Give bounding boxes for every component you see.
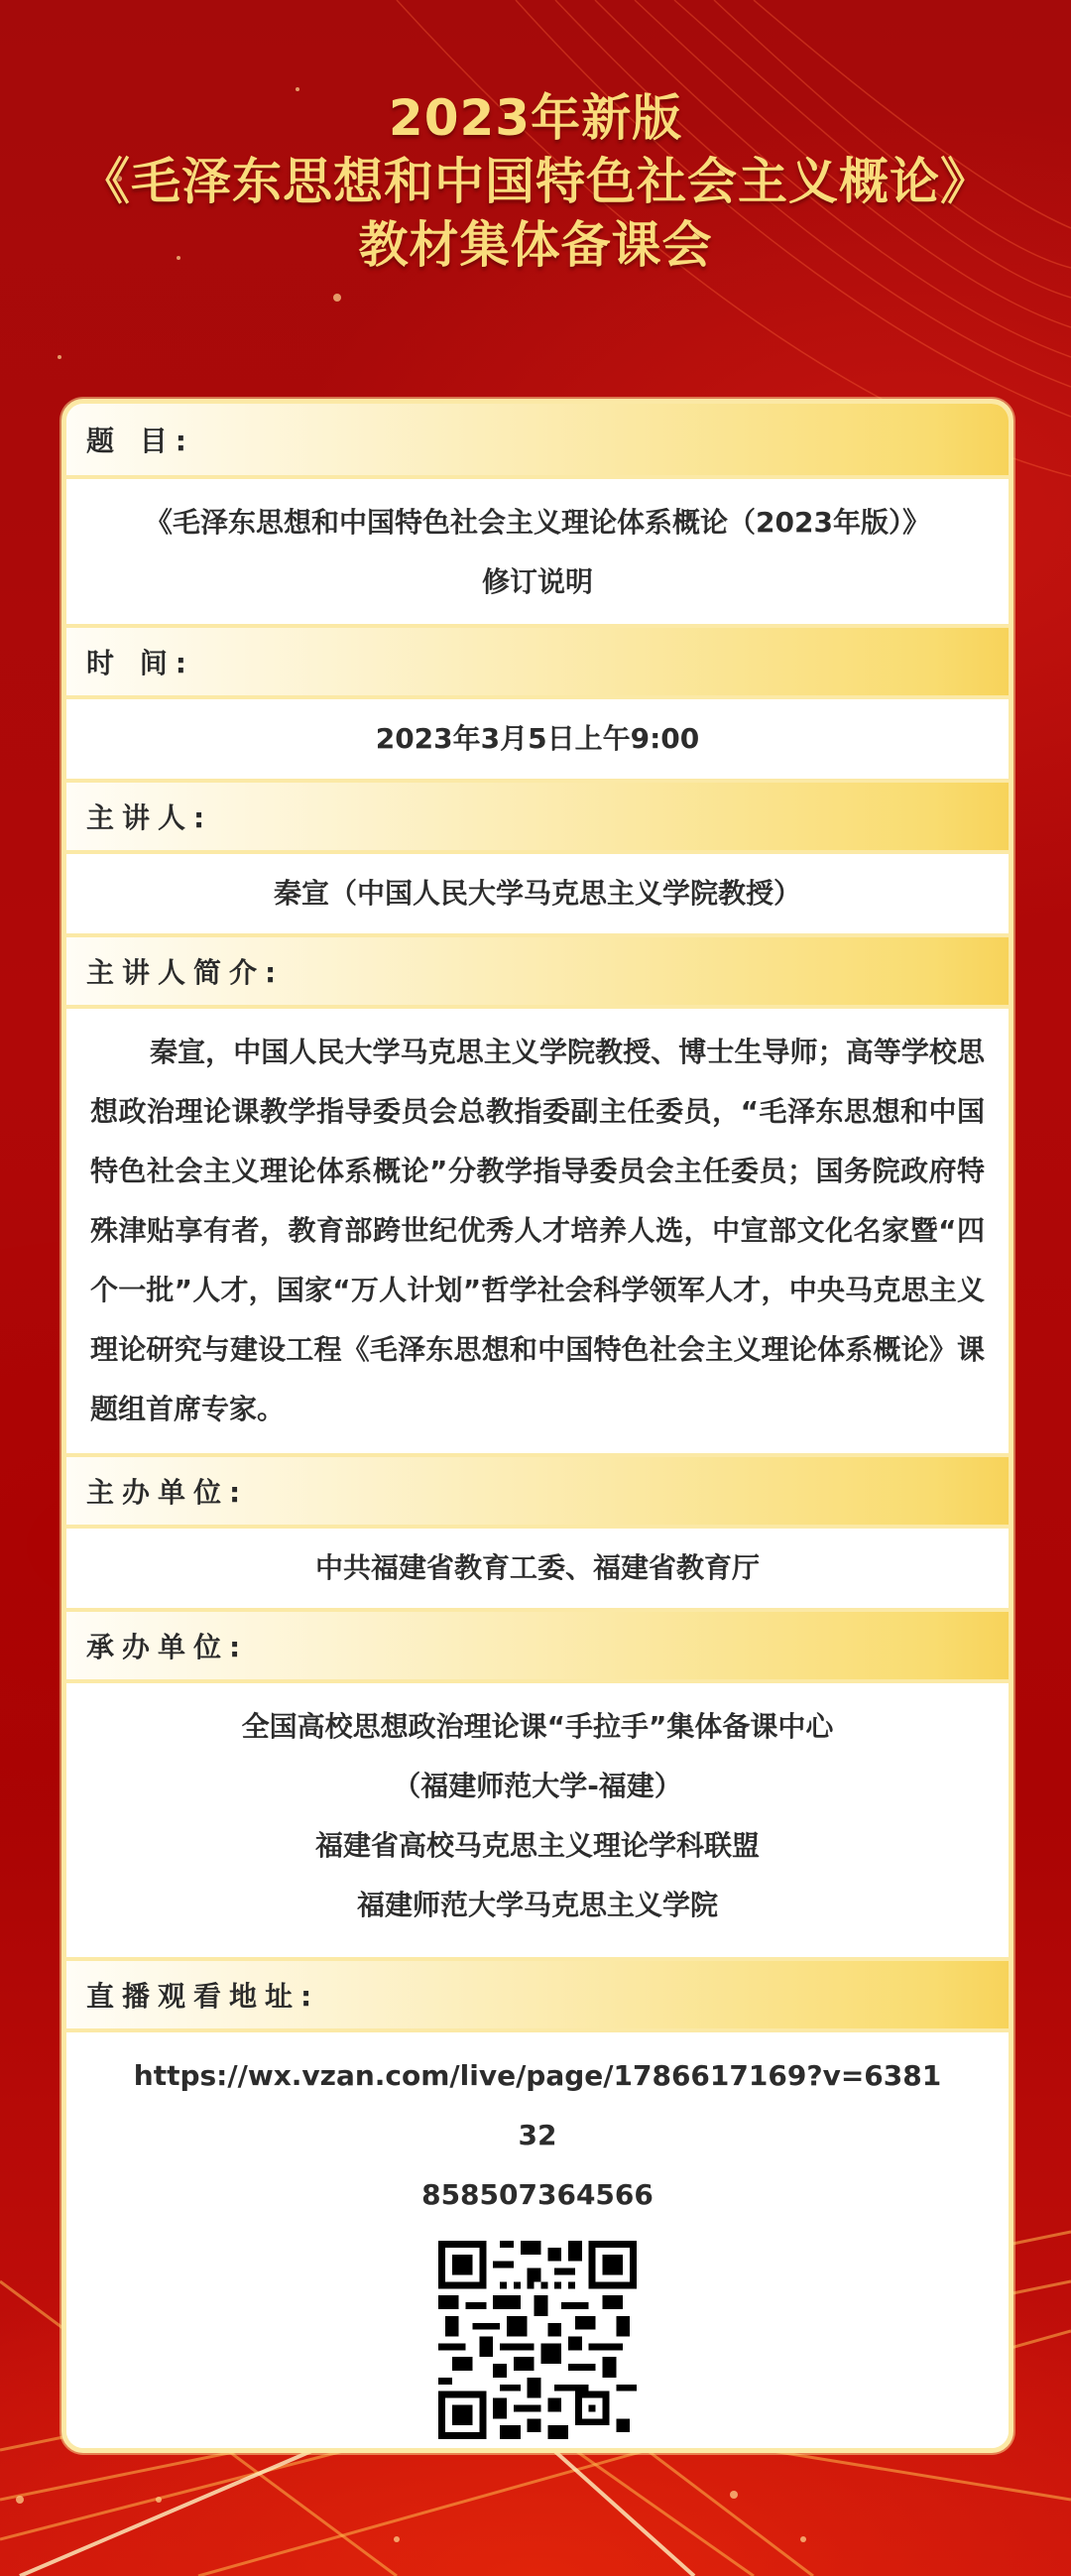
time-label: 时 间: xyxy=(86,642,194,681)
title-line-1: 2023年新版 xyxy=(0,87,1071,149)
organizer-label: 承办单位: xyxy=(86,1626,248,1665)
title-line-3: 教材集体备课会 xyxy=(0,214,1071,276)
info-card: 题 目: 《毛泽东思想和中国特色社会主义理论体系概论（2023年版）》 修订说明… xyxy=(61,399,1013,2453)
section-time: 2023年3月5日上午9:00 xyxy=(66,699,1009,779)
qr-code-icon[interactable] xyxy=(438,2241,637,2439)
topic-line-1: 《毛泽东思想和中国特色社会主义理论体系概论（2023年版）》 xyxy=(66,493,1009,552)
section-speaker: 秦宣（中国人民大学马克思主义学院教授） xyxy=(66,854,1009,933)
organizer-line-3: 福建省高校马克思主义理论学科联盟 xyxy=(66,1816,1009,1876)
host-value: 中共福建省教育工委、福建省教育厅 xyxy=(66,1538,1009,1598)
organizer-line-1: 全国高校思想政治理论课“手拉手”集体备课中心 xyxy=(66,1697,1009,1757)
title-line-2: 《毛泽东思想和中国特色社会主义概论》 xyxy=(0,149,1071,214)
qr-caption: （会议直播地址二维码） xyxy=(126,2439,949,2453)
section-speaker-bio: 秦宣，中国人民大学马克思主义学院教授、博士生导师；高等学校思想政治理论课教学指导… xyxy=(66,1009,1009,1453)
speaker-bio-text: 秦宣，中国人民大学马克思主义学院教授、博士生导师；高等学校思想政治理论课教学指导… xyxy=(90,1023,985,1439)
host-label: 主办单位: xyxy=(86,1471,248,1511)
section-header-topic: 题 目: xyxy=(66,404,1009,479)
section-organizer: 全国高校思想政治理论课“手拉手”集体备课中心 （福建师范大学-福建） 福建省高校… xyxy=(66,1683,1009,1957)
topic-line-2: 修订说明 xyxy=(66,552,1009,612)
section-header-time: 时 间: xyxy=(66,624,1009,699)
section-livestream: https://wx.vzan.com/live/page/1786617169… xyxy=(66,2032,1009,2453)
section-header-host: 主办单位: xyxy=(66,1453,1009,1529)
topic-label: 题 目: xyxy=(86,420,194,459)
speaker-bio-label: 主讲人简介: xyxy=(86,951,284,991)
section-host: 中共福建省教育工委、福建省教育厅 xyxy=(66,1529,1009,1608)
section-header-speaker: 主讲人: xyxy=(66,779,1009,854)
organizer-line-4: 福建师范大学马克思主义学院 xyxy=(66,1876,1009,1935)
section-topic: 《毛泽东思想和中国特色社会主义理论体系概论（2023年版）》 修订说明 xyxy=(66,479,1009,624)
section-header-livestream: 直播观看地址: xyxy=(66,1957,1009,2032)
livestream-label: 直播观看地址: xyxy=(86,1975,319,2015)
organizer-line-2: （福建师范大学-福建） xyxy=(66,1757,1009,1816)
livestream-url-line-1[interactable]: https://wx.vzan.com/live/page/1786617169… xyxy=(126,2046,949,2165)
section-header-speaker-bio: 主讲人简介: xyxy=(66,933,1009,1009)
speaker-value: 秦宣（中国人民大学马克思主义学院教授） xyxy=(66,864,1009,923)
section-header-organizer: 承办单位: xyxy=(66,1608,1009,1683)
page-title: 2023年新版 《毛泽东思想和中国特色社会主义概论》 教材集体备课会 xyxy=(0,87,1071,276)
speaker-label: 主讲人: xyxy=(86,797,212,836)
livestream-url-line-2[interactable]: 858507364566 xyxy=(126,2165,949,2225)
time-value: 2023年3月5日上午9:00 xyxy=(66,709,1009,769)
